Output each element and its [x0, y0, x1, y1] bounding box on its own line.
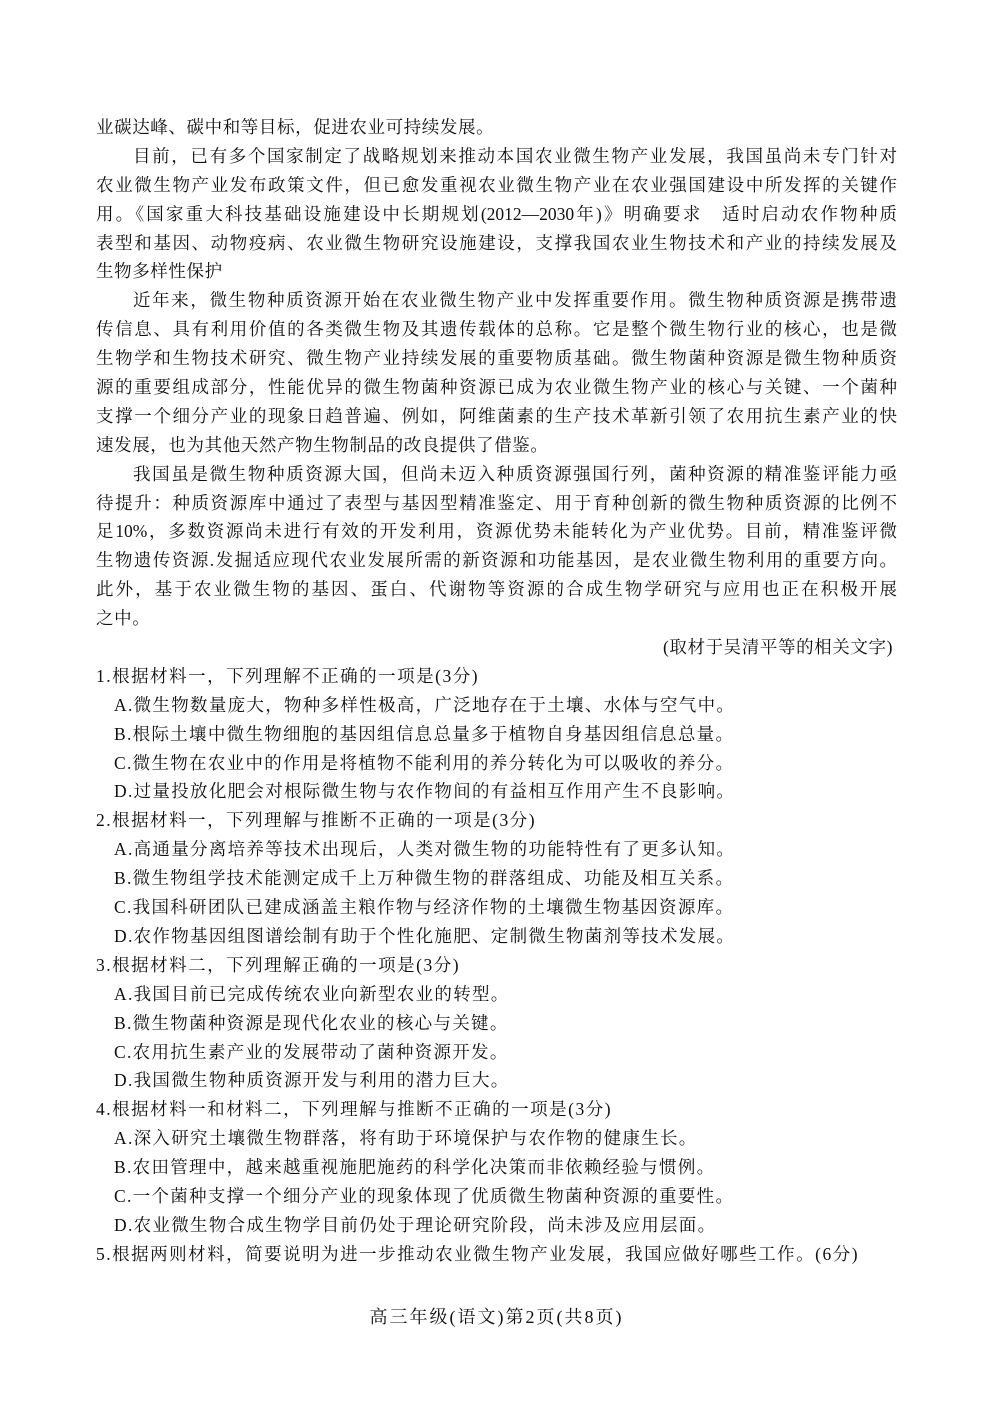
passage-line: 支撑一个细分产业的现象日趋普遍、例如，阿维菌素的生产技术革新引领了农用抗生素产业…: [96, 402, 897, 431]
question-1-stem: 1.根据材料一，下列理解不正确的一项是(3分): [96, 662, 897, 691]
question-3-option-a: A.我国目前已完成传统农业向新型农业的转型。: [96, 980, 897, 1009]
question-5-stem: 5.根据两则材料，简要说明为进一步推动农业微生物产业发展，我国应做好哪些工作。(…: [96, 1240, 897, 1269]
passage-line: 待提升：种质资源库中通过了表型与基因型精准鉴定、用于育种创新的微生物种质资源的比…: [96, 489, 897, 518]
page-footer: 高三年级(语文)第2页(共8页): [0, 1303, 993, 1332]
passage-line: 速发展，也为其他天然产物生物制品的改良提供了借鉴。: [96, 431, 897, 460]
passage-line: 目前，已有多个国家制定了战略规划来推动本国农业微生物产业发展，我国虽尚未专门针对: [96, 142, 897, 171]
passage-line: 生物学和生物技术研究、微生物产业持续发展的重要物质基础。微生物菌种资源是微生物种…: [96, 344, 897, 373]
question-2-stem: 2.根据材料一，下列理解与推断不正确的一项是(3分): [96, 806, 897, 835]
question-4-option-b: B.农田管理中，越来越重视施肥施药的科学化决策而非依赖经验与惯例。: [96, 1153, 897, 1182]
exam-page: 业碳达峰、碳中和等目标，促进农业可持续发展。 目前，已有多个国家制定了战略规划来…: [0, 0, 993, 1403]
question-3-option-b: B.微生物菌种资源是现代化农业的核心与关键。: [96, 1009, 897, 1038]
question-3-option-d: D.我国微生物种质资源开发与利用的潜力巨大。: [96, 1066, 897, 1095]
question-2-option-a: A.高通量分离培养等技术出现后，人类对微生物的功能特性有了更多认知。: [96, 835, 897, 864]
passage-line: 近年来，微生物种质资源开始在农业微生物产业中发挥重要作用。微生物种质资源是携带遗: [96, 286, 897, 315]
passage-line: 传信息、具有利用价值的各类微生物及其遗传载体的总称。它是整个微生物行业的核心，也…: [96, 315, 897, 344]
question-4-option-c: C.一个菌种支撑一个细分产业的现象体现了优质微生物菌种资源的重要性。: [96, 1182, 897, 1211]
question-4-stem: 4.根据材料一和材料二，下列理解与推断不正确的一项是(3分): [96, 1095, 897, 1124]
passage-line: 业碳达峰、碳中和等目标，促进农业可持续发展。: [96, 113, 897, 142]
passage-line: 我国虽是微生物种质资源大国，但尚未迈入种质资源强国行列，菌种资源的精准鉴评能力亟: [96, 460, 897, 489]
question-4-option-d: D.农业微生物合成生物学目前仍处于理论研究阶段，尚未涉及应用层面。: [96, 1211, 897, 1240]
attribution: (取材于吴清平等的相关文字): [96, 633, 897, 662]
passage-line: 之中。: [96, 604, 897, 633]
passage-line: 用。《国家重大科技基础设施建设中长期规划(2012—2030年)》明确要求 适时…: [96, 200, 897, 229]
passage-line: 此外，基于农业微生物的基因、蛋白、代谢物等资源的合成生物学研究与应用也正在积极开…: [96, 575, 897, 604]
question-1-option-b: B.根际土壤中微生物细胞的基因组信息总量多于植物自身基因组信息总量。: [96, 720, 897, 749]
question-2-option-b: B.微生物组学技术能测定成千上万种微生物的群落组成、功能及相互关系。: [96, 864, 897, 893]
question-3-stem: 3.根据材料二，下列理解正确的一项是(3分): [96, 951, 897, 980]
question-1-option-a: A.微生物数量庞大，物种多样性极高，广泛地存在于土壤、水体与空气中。: [96, 691, 897, 720]
passage-line: 生物遗传资源.发掘适应现代农业发展所需的新资源和功能基因，是农业微生物利用的重要…: [96, 546, 897, 575]
question-2-option-c: C.我国科研团队已建成涵盖主粮作物与经济作物的土壤微生物基因资源库。: [96, 893, 897, 922]
reading-passage-and-questions: 业碳达峰、碳中和等目标，促进农业可持续发展。 目前，已有多个国家制定了战略规划来…: [96, 113, 897, 1269]
question-1-option-d: D.过量投放化肥会对根际微生物与农作物间的有益相互作用产生不良影响。: [96, 777, 897, 806]
question-4-option-a: A.深入研究土壤微生物群落，将有助于环境保护与农作物的健康生长。: [96, 1124, 897, 1153]
passage-line: 源的重要组成部分，性能优异的微生物菌种资源已成为农业微生物产业的核心与关键、一个…: [96, 373, 897, 402]
passage-line: 足10%，多数资源尚未进行有效的开发利用，资源优势未能转化为产业优势。目前，精准…: [96, 517, 897, 546]
passage-line: 表型和基因、动物疫病、农业微生物研究设施建设，支撑我国农业生物技术和产业的持续发…: [96, 229, 897, 258]
passage-line: 农业微生物产业发布政策文件，但已愈发重视农业微生物产业在农业强国建设中所发挥的关…: [96, 171, 897, 200]
question-3-option-c: C.农用抗生素产业的发展带动了菌种资源开发。: [96, 1038, 897, 1067]
question-1-option-c: C.微生物在农业中的作用是将植物不能利用的养分转化为可以吸收的养分。: [96, 749, 897, 778]
question-2-option-d: D.农作物基因组图谱绘制有助于个性化施肥、定制微生物菌剂等技术发展。: [96, 922, 897, 951]
passage-line: 生物多样性保护: [96, 257, 897, 286]
